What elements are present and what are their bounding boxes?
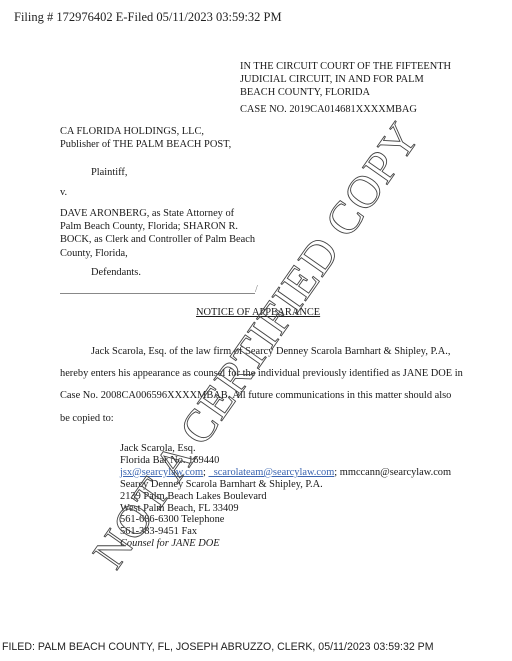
- body-line: Jack Scarola, Esq. of the law firm of Se…: [91, 346, 450, 357]
- plaintiff-line: Publisher of THE PALM BEACH POST,: [60, 138, 231, 151]
- defendant-line: DAVE ARONBERG, as State Attorney of: [60, 207, 255, 220]
- filing-footer: FILED: PALM BEACH COUNTY, FL, JOSEPH ABR…: [2, 641, 434, 653]
- counsel-role: Counsel for JANE DOE: [120, 538, 451, 550]
- plaintiff-name: CA FLORIDA HOLDINGS, LLC, Publisher of T…: [60, 125, 231, 151]
- email-text: mmccann@searcylaw.com: [340, 467, 451, 478]
- address-line-1: 2139 Palm Beach Lakes Boulevard: [120, 491, 451, 503]
- case-number: CASE NO. 2019CA014681XXXXMBAG: [240, 104, 417, 115]
- address-line-2: West Palm Beach, FL 33409: [120, 503, 451, 515]
- email-line: jsx@searcylaw.com; _scarolateam@searcyla…: [120, 467, 451, 479]
- body-line: be copied to:: [60, 413, 114, 424]
- bar-number: Florida Bar No. 169440: [120, 455, 451, 467]
- firm-name: Searcy Denney Scarola Barnhart & Shipley…: [120, 479, 451, 491]
- email-link[interactable]: jsx@searcylaw.com: [120, 467, 203, 478]
- court-heading: IN THE CIRCUIT COURT OF THE FIFTEENTH JU…: [240, 60, 451, 100]
- plaintiff-line: CA FLORIDA HOLDINGS, LLC,: [60, 125, 231, 138]
- body-line: hereby enters his appearance as counsel …: [60, 368, 463, 379]
- body-line: Case No. 2008CA006596XXXXMBAB. All futur…: [60, 390, 451, 401]
- signature-block: Jack Scarola, Esq. Florida Bar No. 16944…: [120, 443, 451, 550]
- court-line: BEACH COUNTY, FLORIDA: [240, 86, 451, 99]
- court-line: JUDICIAL CIRCUIT, IN AND FOR PALM: [240, 73, 451, 86]
- versus: v.: [60, 187, 67, 198]
- document-title: NOTICE OF APPEARANCE: [196, 307, 320, 318]
- fax: 561-383-9451 Fax: [120, 526, 451, 538]
- attorney-name: Jack Scarola, Esq.: [120, 443, 451, 455]
- telephone: 561-686-6300 Telephone: [120, 514, 451, 526]
- caption-separator: [60, 293, 255, 294]
- caption-separator-end: /: [255, 284, 258, 295]
- email-link[interactable]: _scarolateam@searcylaw.com: [209, 467, 335, 478]
- defendant-role: Defendants.: [91, 267, 141, 278]
- defendant-names: DAVE ARONBERG, as State Attorney of Palm…: [60, 207, 255, 260]
- filing-header: Filing # 172976402 E-Filed 05/11/2023 03…: [14, 10, 282, 25]
- defendant-line: County, Florida,: [60, 247, 255, 260]
- defendant-line: Palm Beach County, Florida; SHARON R.: [60, 220, 255, 233]
- plaintiff-role: Plaintiff,: [91, 167, 127, 178]
- defendant-line: BOCK, as Clerk and Controller of Palm Be…: [60, 233, 255, 246]
- court-line: IN THE CIRCUIT COURT OF THE FIFTEENTH: [240, 60, 451, 73]
